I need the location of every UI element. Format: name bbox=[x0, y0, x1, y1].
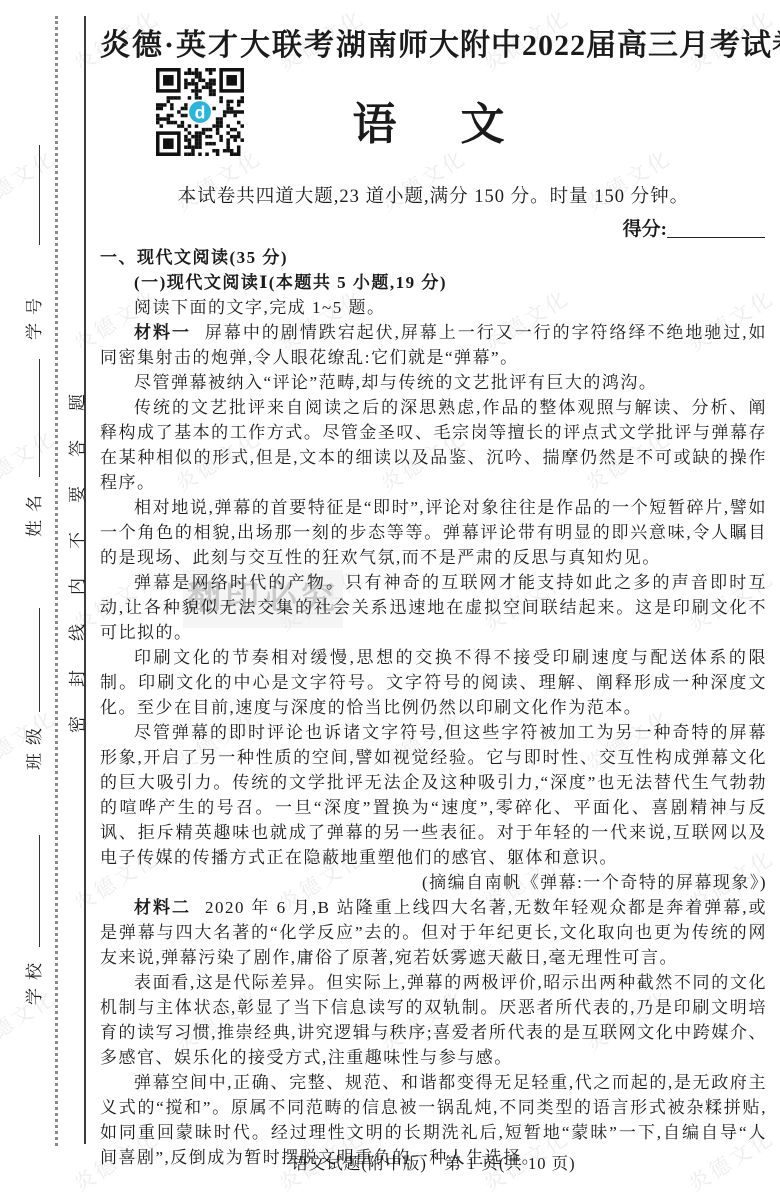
exam-page: 炎德文化炎德文化炎德文化炎德文化炎德文化炎德文化炎德文化炎德文化炎德文化炎德文化… bbox=[0, 0, 780, 1198]
reading-instruction: 阅读下面的文字,完成 1~5 题。 bbox=[100, 295, 767, 320]
body-paragraph: 尽管弹幕被纳入“评论”范畴,却与传统的文艺批评有巨大的鸿沟。 bbox=[100, 370, 767, 395]
page-footer: 语文试题(附中版) 第 1 页(共 10 页) bbox=[100, 1150, 767, 1174]
student-field-label: 姓名 bbox=[25, 487, 44, 537]
student-field-class: 班级 bbox=[20, 608, 45, 770]
body-paragraph: 材料一屏幕中的剧情跌宕起伏,屏幕上一行又一行的字符络绎不绝地驰过,如同密集射击的… bbox=[100, 320, 767, 370]
student-field-label: 学号 bbox=[25, 290, 44, 340]
perforation-dotted-line bbox=[55, 16, 58, 1146]
score-row: 得分: bbox=[100, 214, 765, 241]
body-paragraph: 表面看,这是代际差异。但实际上,弹幕的两极评价,昭示出两种截然不同的文化机制与主… bbox=[100, 970, 767, 1070]
score-blank[interactable] bbox=[667, 219, 765, 238]
body-paragraph: 弹幕是网络时代的产物。只有神奇的互联网才能支持如此之多的声音即时互动,让各种貌似… bbox=[100, 570, 767, 645]
body-paragraph: 相对地说,弹幕的首要特征是“即时”,评论对象往往是作品的一个短暂碎片,譬如一个角… bbox=[100, 495, 767, 570]
body-paragraph: 材料二2020 年 6 月,B 站隆重上线四大名著,无数年轻观众都是奔着弹幕,或… bbox=[100, 895, 767, 970]
fill-in-blank[interactable] bbox=[24, 608, 40, 712]
body-paragraph: 尽管弹幕的即时评论也诉诸文字符号,但这些字符被加工为另一种奇特的屏幕形象,开启了… bbox=[100, 720, 767, 870]
reading-passage: 一、现代文阅读(35 分) (一)现代文阅读Ⅰ(本题共 5 小题,19 分) 阅… bbox=[100, 245, 767, 1170]
exam-brand: 炎德·英才大联考 bbox=[100, 29, 336, 62]
source-attribution: (摘编自南帆《弹幕:一个奇特的屏幕现象》) bbox=[100, 870, 767, 895]
section-heading: 一、现代文阅读(35 分) bbox=[100, 245, 767, 270]
student-field-id: 学号 bbox=[20, 145, 45, 340]
student-field-name: 姓名 bbox=[20, 359, 45, 537]
exam-instructions: 本试卷共四道大题,23 道小题,满分 150 分。时量 150 分钟。 bbox=[100, 182, 767, 208]
fill-in-blank[interactable] bbox=[24, 359, 40, 477]
material-one-label: 材料一 bbox=[134, 323, 191, 342]
exam-title-rest: 湖南师大附中2022届高三月考试卷(二) bbox=[336, 29, 780, 62]
qr-code: d bbox=[156, 68, 244, 156]
student-field-label: 班级 bbox=[25, 720, 44, 770]
body-paragraph: 传统的文艺批评来自阅读之后的深思熟虑,作品的整体观照与解读、分析、阐释构成了基本… bbox=[100, 395, 767, 495]
main-content: 炎德·英才大联考湖南师大附中2022届高三月考试卷(二) d 语 文 本试卷共四… bbox=[100, 20, 767, 1170]
seal-line-text: 密封线内不要答题 bbox=[63, 365, 88, 733]
student-field-label: 学校 bbox=[25, 955, 44, 1005]
score-label: 得分: bbox=[623, 219, 667, 240]
svg-text:d: d bbox=[195, 102, 206, 122]
fill-in-blank[interactable] bbox=[24, 145, 40, 245]
exam-title: 炎德·英才大联考湖南师大附中2022届高三月考试卷(二) bbox=[100, 26, 767, 66]
student-field-school: 学校 bbox=[20, 835, 45, 1005]
fill-in-blank[interactable] bbox=[24, 835, 40, 947]
qr-code-image: d bbox=[156, 68, 244, 156]
subsection-heading: (一)现代文阅读Ⅰ(本题共 5 小题,19 分) bbox=[100, 270, 767, 295]
material-two-label: 材料二 bbox=[134, 898, 191, 917]
header-band: d 语 文 bbox=[100, 66, 767, 162]
body-paragraph: 印刷文化的节奏相对缓慢,思想的交换不得不接受印刷速度与配送体系的限制。印刷文化的… bbox=[100, 645, 767, 720]
